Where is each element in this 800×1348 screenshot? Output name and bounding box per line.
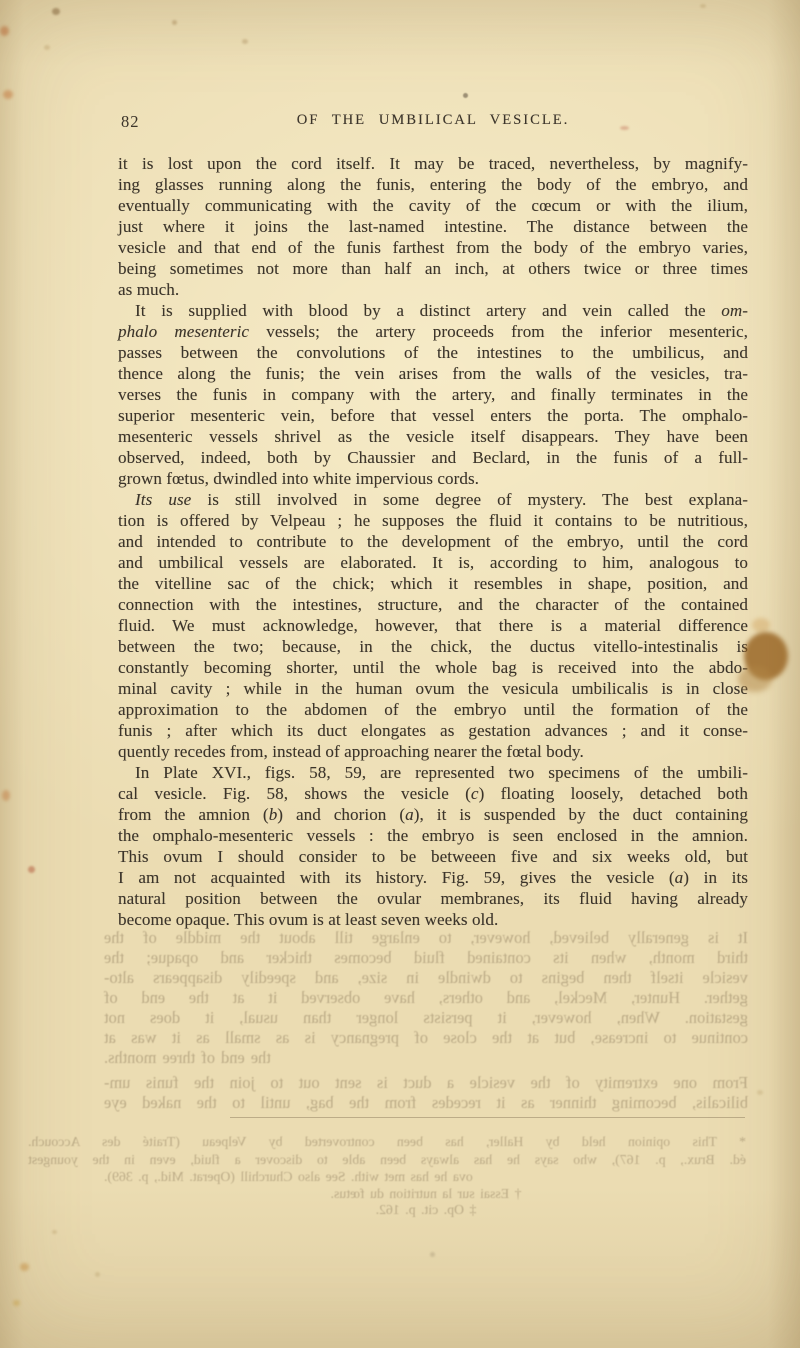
bleed-through-line: vesicle itself then begins to dwindle in… bbox=[104, 968, 748, 988]
italic-text-run: b bbox=[269, 805, 278, 824]
text-run: it is lost upon the cord itself. It may … bbox=[118, 154, 748, 173]
text-run: ), it is suspended by the duct containin… bbox=[414, 805, 748, 824]
bleed-through-line: third month, when its contained fluid be… bbox=[104, 948, 748, 968]
text-line: tion is offered by Velpeau ; he supposes… bbox=[118, 510, 748, 531]
italic-text-run: om- bbox=[721, 301, 748, 320]
text-run: constantly becoming shorter, until the w… bbox=[118, 658, 748, 677]
bleed-through-footnote-rule bbox=[230, 1117, 745, 1118]
text-run: from the amnion ( bbox=[118, 805, 269, 824]
foxing-spot bbox=[2, 790, 10, 801]
text-line: the vitelline sac of the chick; which it… bbox=[118, 573, 748, 594]
text-line: phalo mesenteric vessels; the artery pro… bbox=[118, 321, 748, 342]
foxing-spot bbox=[172, 20, 177, 25]
foxing-spot bbox=[757, 1090, 763, 1095]
text-run: passes between the convolutions of the i… bbox=[118, 343, 748, 362]
text-line: minal cavity ; while in the human ovum t… bbox=[118, 678, 748, 699]
text-run: In Plate XVI., figs. 58, 59, are represe… bbox=[135, 763, 748, 782]
text-line: cal vesicle. Fig. 58, shows the vesicle … bbox=[118, 783, 748, 804]
text-line: between the two; because, in the chick, … bbox=[118, 636, 748, 657]
text-line: constantly becoming shorter, until the w… bbox=[118, 657, 748, 678]
italic-text-run: a bbox=[405, 805, 414, 824]
text-line: grown fœtus, dwindled into white impervi… bbox=[118, 468, 748, 489]
foxing-spot bbox=[3, 90, 13, 99]
bleed-through-line: From one extremity of the vesicle a duct… bbox=[104, 1073, 748, 1093]
foxing-spot bbox=[738, 666, 772, 692]
foxing-spot bbox=[463, 93, 468, 98]
text-line: superior mesenteric vein, before that ve… bbox=[118, 405, 748, 426]
text-run: vesicle and that end of the funis farthe… bbox=[118, 238, 748, 257]
text-run: This ovum I should consider to be betwee… bbox=[118, 847, 748, 866]
foxing-spot bbox=[13, 1300, 20, 1306]
text-line: fluid. We must acknowledge, however, tha… bbox=[118, 615, 748, 636]
running-header: OF THE UMBILICAL VESICLE. bbox=[118, 112, 748, 129]
text-run: verses the funis in company with the art… bbox=[118, 385, 748, 404]
text-run: vessels; the artery proceeds from the in… bbox=[249, 322, 748, 341]
text-run: natural position between the ovular memb… bbox=[118, 889, 748, 908]
text-line: the omphalo-mesenteric vessels : the emb… bbox=[118, 825, 748, 846]
foxing-spot bbox=[620, 126, 629, 130]
text-run: superior mesenteric vein, before that ve… bbox=[118, 406, 748, 425]
text-line: and umbilical vessels are elaborated. It… bbox=[118, 552, 748, 573]
text-line: approximation to the abdomen of the embr… bbox=[118, 699, 748, 720]
bleed-through-line: gether. Hunter, Meckel, and others, have… bbox=[104, 988, 748, 1008]
text-line: connection with the intestines, structur… bbox=[118, 594, 748, 615]
text-run: and umbilical vessels are elaborated. It… bbox=[118, 553, 748, 572]
foxing-spot bbox=[752, 618, 770, 632]
text-run: the vitelline sac of the chick; which it… bbox=[118, 574, 748, 593]
text-line: funis ; after which its duct elongates a… bbox=[118, 720, 748, 741]
text-line: natural position between the ovular memb… bbox=[118, 888, 748, 909]
text-run: funis ; after which its duct elongates a… bbox=[118, 721, 748, 740]
text-line: thence along the funis; the vein arises … bbox=[118, 363, 748, 384]
text-run: connection with the intestines, structur… bbox=[118, 595, 748, 614]
text-line: ing glasses running along the funis, ent… bbox=[118, 174, 748, 195]
italic-text-run: Its use bbox=[135, 490, 191, 509]
text-line: become opaque. This ovum is at least sev… bbox=[118, 909, 748, 930]
text-run: ing glasses running along the funis, ent… bbox=[118, 175, 748, 194]
text-run: is still involved in some degree of myst… bbox=[191, 490, 748, 509]
bleed-through-line: the end of three months. bbox=[104, 1048, 748, 1068]
foxing-spot bbox=[28, 866, 35, 873]
text-line: I am not acquainted with its history. Fi… bbox=[118, 867, 748, 888]
text-line: verses the funis in company with the art… bbox=[118, 384, 748, 405]
text-line: it is lost upon the cord itself. It may … bbox=[118, 153, 748, 174]
text-run: between the two; because, in the chick, … bbox=[118, 637, 748, 656]
text-line: and intended to contribute to the develo… bbox=[118, 531, 748, 552]
text-run: mesenteric vessels shrivel as the vesicl… bbox=[118, 427, 748, 446]
bleed-through-line: * This opinion held by Haller, has been … bbox=[28, 1132, 746, 1152]
foxing-spot bbox=[242, 39, 248, 44]
text-run: become opaque. This ovum is at least sev… bbox=[118, 910, 498, 929]
text-run: thence along the funis; the vein arises … bbox=[118, 364, 748, 383]
italic-text-run: a bbox=[675, 868, 684, 887]
bleed-through-line: continue to increase, but at the close o… bbox=[104, 1028, 748, 1048]
text-run: approximation to the abdomen of the embr… bbox=[118, 700, 748, 719]
text-run: grown fœtus, dwindled into white impervi… bbox=[118, 469, 479, 488]
text-run: cal vesicle. Fig. 58, shows the vesicle … bbox=[118, 784, 471, 803]
text-line: vesicle and that end of the funis farthe… bbox=[118, 237, 748, 258]
foxing-spot bbox=[52, 8, 60, 15]
text-line: Its use is still involved in some degree… bbox=[118, 489, 748, 510]
text-run: It is supplied with blood by a distinct … bbox=[135, 301, 721, 320]
foxing-spot bbox=[700, 4, 706, 8]
page-header: 82 OF THE UMBILICAL VESICLE. bbox=[118, 112, 748, 134]
text-line: eventually communicating with the cavity… bbox=[118, 195, 748, 216]
foxing-spot bbox=[430, 1252, 435, 1257]
text-line: This ovum I should consider to be betwee… bbox=[118, 846, 748, 867]
book-page-scan: 82 OF THE UMBILICAL VESICLE. it is lost … bbox=[0, 0, 800, 1348]
paragraph: In Plate XVI., figs. 58, 59, are represe… bbox=[118, 762, 748, 930]
text-run: and intended to contribute to the develo… bbox=[118, 532, 748, 551]
text-line: passes between the convolutions of the i… bbox=[118, 342, 748, 363]
text-line: quently recedes from, instead of approac… bbox=[118, 741, 748, 762]
bleed-through-line: gestation. When, however, it persists lo… bbox=[104, 1008, 748, 1028]
bleed-through-line: It is generally believed, however, to en… bbox=[104, 928, 748, 948]
paragraph: Its use is still involved in some degree… bbox=[118, 489, 748, 762]
foxing-spot bbox=[44, 45, 50, 50]
foxing-spot bbox=[95, 1272, 100, 1277]
text-run: I am not acquainted with its history. Fi… bbox=[118, 868, 675, 887]
text-line: In Plate XVI., figs. 58, 59, are represe… bbox=[118, 762, 748, 783]
foxing-spot bbox=[20, 1263, 29, 1271]
text-run: observed, indeed, both by Chaussier and … bbox=[118, 448, 748, 467]
text-line: just where it joins the last-named intes… bbox=[118, 216, 748, 237]
text-run: ) floating loosely, detached both bbox=[479, 784, 748, 803]
text-run: ) and chorion ( bbox=[277, 805, 405, 824]
italic-text-run: phalo mesenteric bbox=[118, 322, 249, 341]
paragraph: It is supplied with blood by a distinct … bbox=[118, 300, 748, 489]
text-run: tion is offered by Velpeau ; he supposes… bbox=[118, 511, 748, 530]
text-run: eventually communicating with the cavity… bbox=[118, 196, 748, 215]
text-run: ) in its bbox=[683, 868, 748, 887]
bleed-through-line: bilicalis, becoming thinner as it recede… bbox=[104, 1093, 748, 1113]
text-line: mesenteric vessels shrivel as the vesicl… bbox=[118, 426, 748, 447]
text-line: being sometimes not more than half an in… bbox=[118, 258, 748, 279]
text-run: as much. bbox=[118, 280, 179, 299]
text-run: quently recedes from, instead of approac… bbox=[118, 742, 584, 761]
text-line: It is supplied with blood by a distinct … bbox=[118, 300, 748, 321]
bleed-through-line: ‡ Op. cit. p. 162. bbox=[104, 1200, 748, 1220]
text-line: from the amnion (b) and chorion (a), it … bbox=[118, 804, 748, 825]
foxing-spot bbox=[0, 26, 9, 36]
foxing-spot bbox=[52, 1230, 57, 1234]
page-number: 82 bbox=[121, 112, 140, 132]
text-line: observed, indeed, both by Chaussier and … bbox=[118, 447, 748, 468]
text-run: being sometimes not more than half an in… bbox=[118, 259, 748, 278]
text-run: the omphalo-mesenteric vessels : the emb… bbox=[118, 826, 748, 845]
text-run: fluid. We must acknowledge, however, tha… bbox=[118, 616, 748, 635]
text-run: just where it joins the last-named intes… bbox=[118, 217, 748, 236]
text-line: as much. bbox=[118, 279, 748, 300]
italic-text-run: c bbox=[471, 784, 479, 803]
text-run: minal cavity ; while in the human ovum t… bbox=[118, 679, 748, 698]
paragraph: it is lost upon the cord itself. It may … bbox=[118, 153, 748, 300]
body-text: it is lost upon the cord itself. It may … bbox=[118, 153, 748, 930]
